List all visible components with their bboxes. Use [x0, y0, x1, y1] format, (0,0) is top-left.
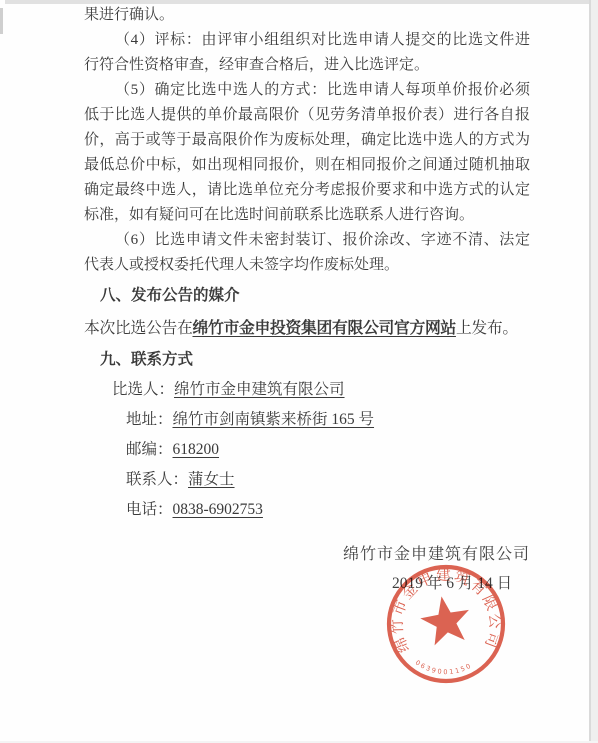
text-char: 人 — [249, 80, 264, 100]
text-char: 标 — [299, 130, 314, 150]
text-char: ） — [438, 105, 453, 125]
text-char: 、 — [484, 230, 499, 250]
text-char: 选 — [407, 130, 422, 150]
text-char: 订 — [311, 230, 326, 250]
text-char: 比 — [452, 30, 467, 50]
text-char: 清 — [361, 105, 376, 125]
text-char: 于 — [176, 130, 191, 150]
text-char: 随 — [469, 155, 484, 175]
text-char: 涂 — [374, 230, 389, 250]
text-char: 每 — [405, 80, 420, 100]
document-line-p_mid: 价，高于或等于最高限价作为废标处理，确定比选中选人的方式为 — [84, 130, 530, 150]
text-char: 中 — [146, 155, 161, 175]
text-char: 处 — [315, 130, 330, 150]
text-char: 的 — [437, 30, 452, 50]
text-char: 密 — [264, 230, 279, 250]
text-segment: 八、发布公告的媒介 — [100, 287, 240, 304]
text-char: 如 — [192, 155, 207, 175]
text-char: 分 — [299, 180, 314, 200]
text-char: ， — [299, 155, 314, 175]
document-line-p_first: （5）确定比选中选人的方式：比选申请人每项单价报价必须 — [84, 80, 530, 100]
text-char: 比 — [186, 80, 201, 100]
text-char: 最 — [238, 105, 253, 125]
document-line-contact2: 地址：绵竹市剑南镇紫来桥街 165 号 — [126, 410, 530, 430]
text-char: 价 — [407, 105, 422, 125]
text-char: 价 — [130, 155, 145, 175]
text-char: 组 — [264, 30, 279, 50]
text-char: 定 — [170, 80, 185, 100]
text-char: 确 — [84, 180, 99, 200]
text-char: 封 — [280, 230, 295, 250]
text-char: ， — [192, 180, 207, 200]
text-char: 提 — [405, 30, 420, 50]
text-segment: 联系人： — [126, 471, 188, 488]
text-segment: 电话： — [126, 501, 173, 518]
text-char: 通 — [438, 155, 453, 175]
text-char: 选 — [468, 30, 483, 50]
text-segment: 地址： — [126, 411, 173, 428]
text-char: 比 — [392, 130, 407, 150]
text-char: 人 — [146, 105, 161, 125]
text-char: 或 — [146, 130, 161, 150]
text-char: 由 — [202, 30, 217, 50]
text-char: 比 — [223, 180, 238, 200]
text-char: 报 — [343, 230, 358, 250]
text-char: 单 — [437, 80, 452, 100]
text-char: 选 — [438, 180, 453, 200]
underlined-value: 绵竹市剑南镇紫来桥街 165 号 — [173, 411, 375, 428]
text-char: 装 — [296, 230, 311, 250]
text-char: ） — [139, 80, 154, 100]
text-segment: 果进行确认。 — [84, 7, 174, 23]
text-char: 废 — [284, 130, 299, 150]
text-char: 文 — [484, 30, 499, 50]
document-body: 果进行确认。（4）评标：由评审小组组织对比选申请人提交的比选文件进行符合性资格审… — [84, 0, 530, 594]
text-char: 相 — [346, 155, 361, 175]
text-char: 组 — [280, 30, 295, 50]
text-char: 申 — [358, 80, 373, 100]
text-char: 定 — [99, 180, 114, 200]
text-char: 式 — [296, 80, 311, 100]
text-char: （ — [115, 30, 130, 50]
text-char: 比 — [327, 30, 342, 50]
text-char: 求 — [392, 180, 407, 200]
text-char: 理 — [330, 130, 345, 150]
text-char: 6 — [131, 230, 139, 250]
text-char: 人 — [176, 180, 191, 200]
text-char: 见 — [315, 105, 330, 125]
text-char: ， — [99, 130, 114, 150]
text-char: 定 — [376, 130, 391, 150]
text-char: 表 — [423, 105, 438, 125]
text-char: 的 — [264, 80, 279, 100]
text-char: 中 — [423, 180, 438, 200]
document-line-contact2: 电话：0838-6902753 — [126, 500, 530, 520]
text-char: 法 — [499, 230, 514, 250]
text-char: 选 — [202, 80, 217, 100]
text-char: 请 — [374, 30, 389, 50]
text-char: 人 — [390, 80, 405, 100]
text-char: ： — [186, 30, 201, 50]
text-char: 评 — [155, 30, 170, 50]
text-char: 同 — [361, 155, 376, 175]
text-char: 比 — [155, 230, 170, 250]
text-char: 现 — [223, 155, 238, 175]
text-char: 清 — [468, 230, 483, 250]
text-char: 选 — [130, 105, 145, 125]
text-char: 选 — [343, 30, 358, 50]
text-char: 申 — [186, 230, 201, 250]
text-char: 限 — [223, 130, 238, 150]
text-char: 限 — [269, 105, 284, 125]
text-char: 项 — [421, 80, 436, 100]
text-char: 交 — [421, 30, 436, 50]
text-char: ） — [139, 30, 154, 50]
text-char: 最 — [115, 180, 130, 200]
text-char: 的 — [469, 130, 484, 150]
text-char: 报 — [269, 155, 284, 175]
text-char: 务 — [346, 105, 361, 125]
text-segment: 上发布。 — [456, 320, 518, 337]
text-char: 人 — [390, 30, 405, 50]
text-segment: 本次比选公告在 — [84, 320, 192, 337]
text-char: 审 — [233, 30, 248, 50]
text-segment: 邮编： — [126, 441, 173, 458]
text-char: 、 — [405, 230, 420, 250]
text-char: 之 — [407, 155, 422, 175]
text-char: 标 — [170, 30, 185, 50]
text-char: 虑 — [330, 180, 345, 200]
text-char: 供 — [176, 105, 191, 125]
text-char: 未 — [249, 230, 264, 250]
text-char: 行 — [469, 105, 484, 125]
text-char: 比 — [115, 105, 130, 125]
text-char: 低 — [99, 155, 114, 175]
text-char: 同 — [253, 155, 268, 175]
text-char: ： — [311, 80, 326, 100]
document-line-p_first: （4）评标：由评审小组组织对比选申请人提交的比选文件进 — [84, 30, 530, 50]
text-char: 报 — [376, 155, 391, 175]
text-char: 进 — [453, 105, 468, 125]
text-char: 劳 — [330, 105, 345, 125]
text-char: 报 — [468, 80, 483, 100]
text-char: 高 — [115, 130, 130, 150]
scanned-document-page: 果进行确认。（4）评标：由评审小组组织对比选申请人提交的比选文件进行符合性资格审… — [0, 0, 598, 743]
text-char: 请 — [207, 180, 222, 200]
text-char: 于 — [99, 105, 114, 125]
text-char: 进 — [515, 30, 530, 50]
text-char: 件 — [499, 30, 514, 50]
text-char: 报 — [392, 105, 407, 125]
document-line-p_end: 标准，如有疑问可在比选时间前联系比选联系人进行咨询。 — [84, 205, 530, 225]
text-char: 最 — [84, 155, 99, 175]
company-seal: 绵竹市金申建筑有限公司 0639001150 — [371, 549, 521, 699]
text-char: 确 — [361, 130, 376, 150]
document-line-p_mid: 低于比选人提供的单价最高限价（见劳务清单报价表）进行各自报 — [84, 105, 530, 125]
text-char: ， — [346, 130, 361, 150]
text-char: 确 — [155, 80, 170, 100]
text-char: 方 — [280, 80, 295, 100]
text-char: 式 — [469, 180, 484, 200]
text-char: 选 — [233, 80, 248, 100]
text-char: 请 — [202, 230, 217, 250]
text-char: 小 — [249, 30, 264, 50]
text-char: 字 — [421, 230, 436, 250]
scan-edge-left — [0, 8, 3, 34]
document-line-p_end: 果进行确认。 — [84, 5, 530, 25]
text-char: 价 — [361, 180, 376, 200]
text-char: 价 — [284, 105, 299, 125]
text-char: 作 — [253, 130, 268, 150]
text-char: 和 — [407, 180, 422, 200]
document-line-media: 本次比选公告在绵竹市金申投资集团有限公司官方网站上发布。 — [84, 319, 530, 339]
text-char: 等 — [161, 130, 176, 150]
text-char: 价 — [223, 105, 238, 125]
document-line-p_mid: 确定最终中选人，请比选单位充分考虑报价要求和中选方式的认定 — [84, 180, 530, 200]
text-char: 为 — [269, 130, 284, 150]
text-char: 于 — [130, 130, 145, 150]
text-char: 方 — [453, 180, 468, 200]
text-char: 5 — [131, 80, 139, 100]
text-char: （ — [115, 230, 130, 250]
text-char: 高 — [253, 105, 268, 125]
text-char: 中 — [217, 80, 232, 100]
underlined-value: 0838-6902753 — [173, 501, 263, 518]
text-char: 人 — [453, 130, 468, 150]
text-char: 须 — [515, 80, 530, 100]
text-char: 、 — [327, 230, 342, 250]
document-line-contact: 比选人：绵竹市金申建筑有限公司 — [112, 380, 530, 400]
text-char: 间 — [423, 155, 438, 175]
text-char: 低 — [84, 105, 99, 125]
text-char: 为 — [515, 130, 530, 150]
text-char: 在 — [330, 155, 345, 175]
text-char: 件 — [233, 230, 248, 250]
text-char: 要 — [376, 180, 391, 200]
seal-code-text: 0639001150 — [414, 659, 474, 677]
text-char: ， — [176, 155, 191, 175]
text-char: 各 — [484, 105, 499, 125]
document-line-p_end: 代表人或授权委托代理人未签字均作废标处理。 — [84, 255, 530, 275]
text-char: 选 — [343, 80, 358, 100]
text-char: 则 — [315, 155, 330, 175]
document-line-p_end: 行符合性资格审查，经审查合格后，进入比选评定。 — [84, 55, 530, 75]
text-char: 选 — [161, 180, 176, 200]
document-line-h: 八、发布公告的媒介 — [100, 286, 530, 306]
text-char: 中 — [146, 180, 161, 200]
text-char: 定 — [515, 180, 530, 200]
underlined-value: 618200 — [173, 441, 220, 458]
text-char: 的 — [484, 180, 499, 200]
text-char: 充 — [284, 180, 299, 200]
text-char: 标 — [161, 155, 176, 175]
document-line-p_mid: 最低总价中标，如出现相同报价，则在相同报价之间通过随机抽取 — [84, 155, 530, 175]
text-char: 位 — [269, 180, 284, 200]
text-char: 出 — [207, 155, 222, 175]
text-char: 相 — [238, 155, 253, 175]
text-segment: 九、联系方式 — [100, 351, 193, 368]
text-char: 价 — [484, 80, 499, 100]
underlined-value: 绵竹市金申建筑有限公司 — [174, 381, 345, 398]
text-char: 单 — [207, 105, 222, 125]
text-char: 选 — [170, 230, 185, 250]
text-char: 式 — [500, 130, 515, 150]
underlined-value: 蒲女士 — [188, 471, 235, 488]
text-char: 申 — [358, 30, 373, 50]
text-char: 的 — [192, 105, 207, 125]
text-segment: 标准，如有疑问可在比选时间前联系比选联系人进行咨询。 — [84, 207, 474, 223]
document-line-contact2: 联系人：蒲女士 — [126, 470, 530, 490]
text-char: 价 — [238, 130, 253, 150]
document-line-p_first: （6）比选申请文件未密封装订、报价涂改、字迹不清、法定 — [84, 230, 530, 250]
text-char: （ — [115, 80, 130, 100]
text-char: 请 — [374, 80, 389, 100]
text-char: 比 — [327, 80, 342, 100]
text-char: ） — [139, 230, 154, 250]
text-char: 报 — [346, 180, 361, 200]
text-char: 终 — [130, 180, 145, 200]
text-char: （ — [299, 105, 314, 125]
text-segment: 比选人： — [112, 381, 174, 398]
text-char: 不 — [452, 230, 467, 250]
underlined-value: 绵竹市金申投资集团有限公司官方网站 — [192, 320, 455, 337]
text-char: 必 — [499, 80, 514, 100]
text-char: 考 — [315, 180, 330, 200]
text-char: 提 — [161, 105, 176, 125]
text-char: 单 — [253, 180, 268, 200]
text-char: 选 — [238, 180, 253, 200]
text-char: 4 — [131, 30, 139, 50]
text-char: 价 — [84, 130, 99, 150]
text-char: 价 — [358, 230, 373, 250]
company-seal-graphic: 绵竹市金申建筑有限公司 0639001150 — [371, 549, 521, 699]
text-char: 取 — [515, 155, 530, 175]
text-char: 评 — [217, 30, 232, 50]
document-line-h: 九、联系方式 — [100, 350, 530, 370]
document-line-contact2: 邮编：618200 — [126, 440, 530, 460]
seal-star-icon — [417, 592, 474, 647]
text-segment: 代表人或授权委托代理人未签字均作废标处理。 — [84, 257, 399, 273]
text-char: 定 — [515, 230, 530, 250]
text-char: 文 — [217, 230, 232, 250]
scan-edge-right — [589, 0, 598, 743]
text-segment: 行符合性资格审查，经审查合格后，进入比选评定。 — [84, 57, 429, 73]
text-char: 价 — [452, 80, 467, 100]
text-char: 认 — [500, 180, 515, 200]
text-char: 抽 — [500, 155, 515, 175]
text-char: 织 — [296, 30, 311, 50]
text-char: 报 — [515, 105, 530, 125]
text-char: 过 — [453, 155, 468, 175]
text-char: 中 — [423, 130, 438, 150]
text-char: 机 — [484, 155, 499, 175]
text-char: 价 — [392, 155, 407, 175]
text-char: 迹 — [437, 230, 452, 250]
text-char: 选 — [438, 130, 453, 150]
text-char: 单 — [376, 105, 391, 125]
text-char: 最 — [192, 130, 207, 150]
text-char: 总 — [115, 155, 130, 175]
text-char: 方 — [484, 130, 499, 150]
text-char: 高 — [207, 130, 222, 150]
text-char: 改 — [390, 230, 405, 250]
text-char: 对 — [311, 30, 326, 50]
text-char: 自 — [500, 105, 515, 125]
text-char: 价 — [284, 155, 299, 175]
